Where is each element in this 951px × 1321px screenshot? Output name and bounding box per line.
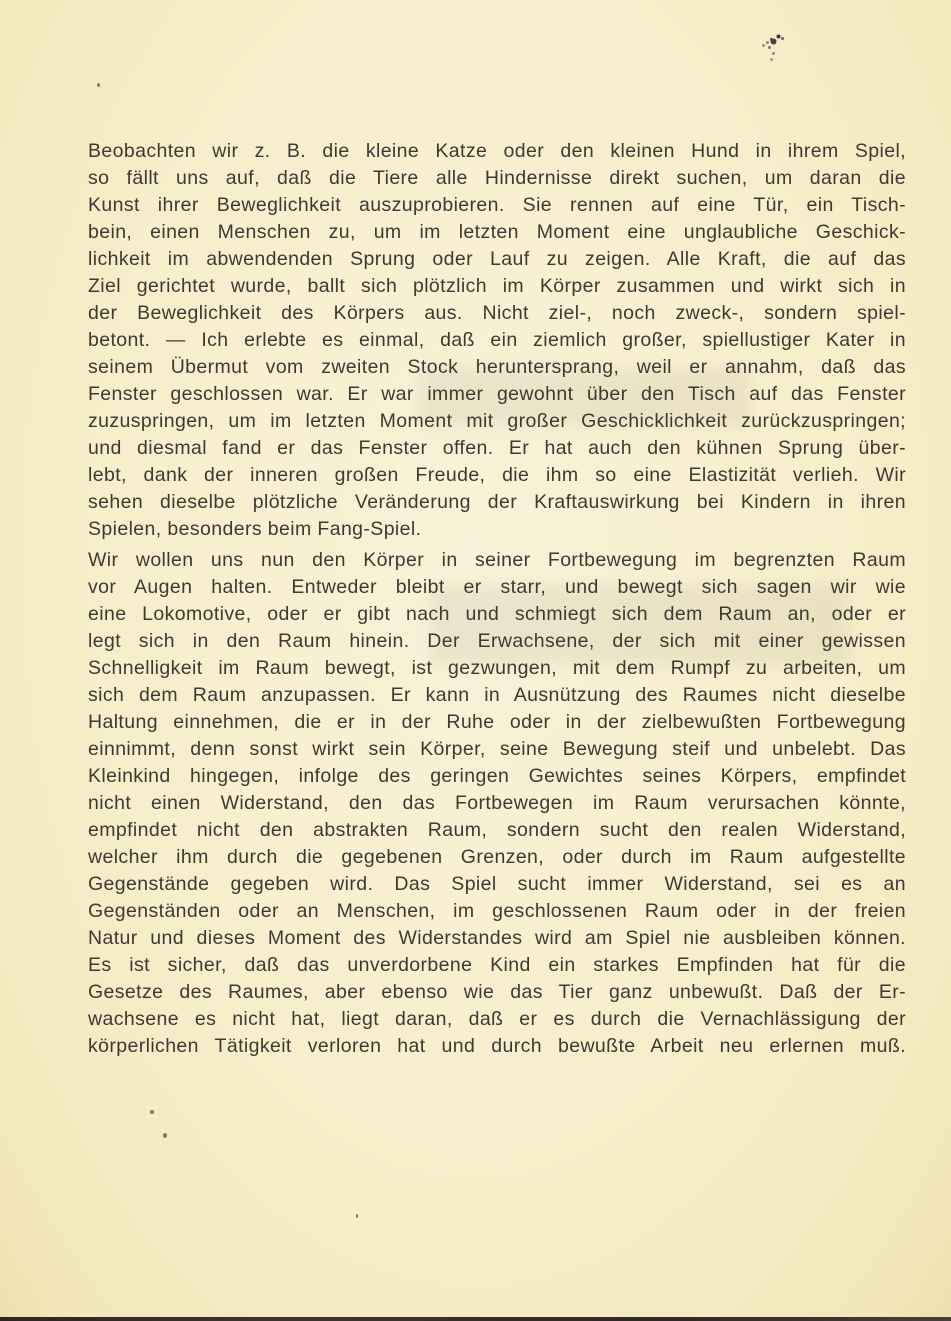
speck xyxy=(97,83,100,87)
speck xyxy=(150,1110,154,1114)
text-line: vor Augen halten. Entweder bleibt er sta… xyxy=(88,574,906,601)
speck xyxy=(356,1214,358,1218)
text-line: sehen dieselbe plötzliche Veränderung de… xyxy=(88,489,906,516)
text-line: lichkeit im abwendenden Sprung oder Lauf… xyxy=(88,246,906,273)
text-line: Beobachten wir z. B. die kleine Katze od… xyxy=(88,138,906,165)
text-line: nicht einen Widerstand, den das Fortbewe… xyxy=(88,790,906,817)
text-line: Gegenständen oder an Menschen, im geschl… xyxy=(88,898,906,925)
text-line: Schnelligkeit im Raum bewegt, ist gezwun… xyxy=(88,655,906,682)
text-line: Natur und dieses Moment des Widerstandes… xyxy=(88,925,906,952)
text-line: sich dem Raum anzupassen. Er kann in Aus… xyxy=(88,682,906,709)
text-line: wachsene es nicht hat, liegt daran, daß … xyxy=(88,1006,906,1033)
text-line: lebt, dank der inneren großen Freude, di… xyxy=(88,462,906,489)
text-line: Kleinkind hingegen, infolge des geringen… xyxy=(88,763,906,790)
text-line: so fällt uns auf, daß die Tiere alle Hin… xyxy=(88,165,906,192)
paragraph-body-in-space: Wir wollen uns nun den Körper in seiner … xyxy=(88,547,906,1060)
paragraph-animal-play: Beobachten wir z. B. die kleine Katze od… xyxy=(88,138,906,543)
text-line: der Beweglichkeit des Körpers aus. Nicht… xyxy=(88,300,906,327)
text-line: empfindet nicht den abstrakten Raum, son… xyxy=(88,817,906,844)
text-line: einnimmt, denn sonst wirkt sein Körper, … xyxy=(88,736,906,763)
scanned-page: Beobachten wir z. B. die kleine Katze od… xyxy=(0,0,951,1321)
text-line: Wir wollen uns nun den Körper in seiner … xyxy=(88,547,906,574)
text-line: Ziel gerichtet wurde, ballt sich plötzli… xyxy=(88,273,906,300)
text-line: körperlichen Tätigkeit verloren hat und … xyxy=(88,1033,906,1060)
text-line: Spielen, besonders beim Fang-Spiel. xyxy=(88,516,906,543)
text-line: Haltung einnehmen, die er in der Ruhe od… xyxy=(88,709,906,736)
text-line: betont. — Ich erlebte es einmal, daß ein… xyxy=(88,327,906,354)
text-line: Fenster geschlossen war. Er war immer ge… xyxy=(88,381,906,408)
scan-bottom-edge xyxy=(0,1317,951,1321)
text-line: und diesmal fand er das Fenster offen. E… xyxy=(88,435,906,462)
text-line: legt sich in den Raum hinein. Der Erwach… xyxy=(88,628,906,655)
text-line: Es ist sicher, daß das unverdorbene Kind… xyxy=(88,952,906,979)
text-line: bein, einen Menschen zu, um im letzten M… xyxy=(88,219,906,246)
text-line: seinem Übermut vom zweiten Stock herunte… xyxy=(88,354,906,381)
text-block: Beobachten wir z. B. die kleine Katze od… xyxy=(88,138,906,1060)
speck xyxy=(163,1133,167,1138)
text-line: zuzuspringen, um im letzten Moment mit g… xyxy=(88,408,906,435)
ink-smudge xyxy=(754,28,788,62)
text-line: welcher ihm durch die gegebenen Grenzen,… xyxy=(88,844,906,871)
text-line: eine Lokomotive, oder er gibt nach und s… xyxy=(88,601,906,628)
text-line: Kunst ihrer Beweglichkeit auszuprobieren… xyxy=(88,192,906,219)
text-line: Gesetze des Raumes, aber ebenso wie das … xyxy=(88,979,906,1006)
text-line: Gegenstände gegeben wird. Das Spiel such… xyxy=(88,871,906,898)
